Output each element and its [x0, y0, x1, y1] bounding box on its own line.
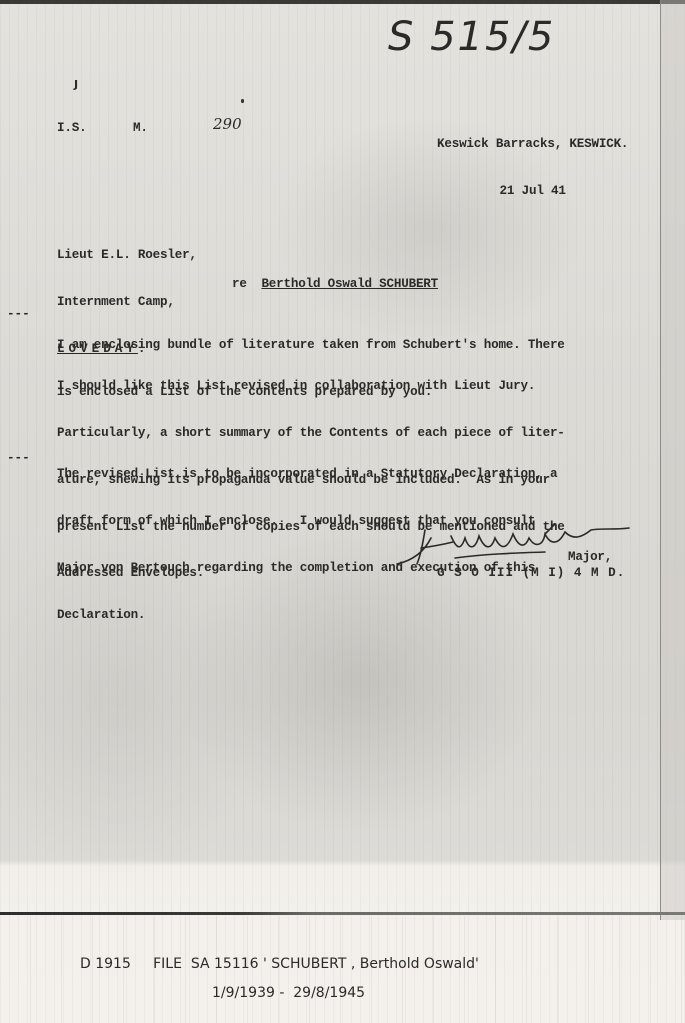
signatory-rank: Major, [568, 550, 612, 566]
page-right-margin-strip [661, 0, 685, 920]
signatory-title: G S O III (M I) 4 M D. [437, 566, 625, 582]
handwritten-number: 290 [213, 115, 242, 133]
page-top-edge [0, 0, 685, 4]
margin-mark: --- [7, 307, 30, 321]
archive-note-date-range: 1/9/1939 - 29/8/1945 [212, 985, 365, 1001]
handwritten-file-reference: S 515/5 [388, 14, 555, 60]
recipient-name: Lieut E.L. Roesler, [57, 248, 197, 264]
sender-address-line: Keswick Barracks, KESWICK. [437, 137, 628, 153]
ink-spot [241, 99, 244, 103]
file-code-m: M. [133, 121, 148, 137]
file-code-is: I.S. [57, 121, 86, 137]
sender-address: Keswick Barracks, KESWICK. 21 Jul 41 [437, 106, 628, 231]
archive-note-line-1: D 1915 FILE SA 15116 ' SCHUBERT , Bertho… [80, 956, 479, 972]
letter-date: 21 Jul 41 [437, 184, 628, 200]
subject-prefix: re [232, 277, 247, 291]
subject-line: re Berthold Oswald SCHUBERT [232, 277, 438, 293]
subject-name: Berthold Oswald SCHUBERT [261, 277, 438, 291]
margin-mark: --- [7, 451, 30, 465]
page-fold-line [0, 912, 685, 915]
initial-mark: J [74, 78, 78, 91]
scanned-letter-page: S 515/5 J I.S. M. 290 Keswick Barracks, … [0, 0, 685, 1023]
text-line: I should like this List revised in colla… [57, 379, 565, 395]
text-line: Declaration. [57, 608, 557, 624]
page-right-edge [660, 0, 661, 920]
text-line: The revised List is to be incorporated i… [57, 467, 557, 483]
